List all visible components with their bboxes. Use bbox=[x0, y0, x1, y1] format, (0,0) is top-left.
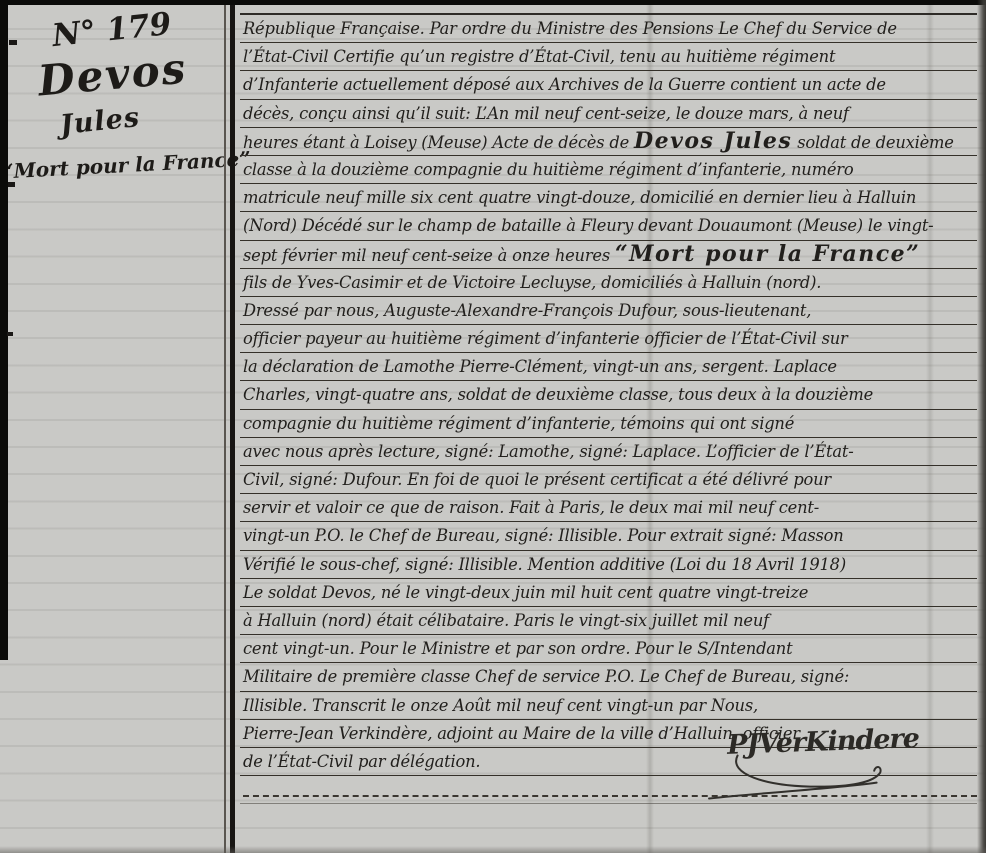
line-text: sept février mil neuf cent-seize à onze … bbox=[243, 246, 615, 265]
margin-rule-thin bbox=[224, 0, 226, 853]
deceased-name: Devos Jules bbox=[634, 128, 792, 154]
scan-edge-top bbox=[0, 0, 986, 5]
line-text: heures étant à Loisey (Meuse) Acte de dé… bbox=[243, 133, 634, 152]
scan-speck bbox=[9, 40, 17, 45]
scan-speck bbox=[8, 182, 15, 187]
margin-given-name: Jules bbox=[59, 102, 142, 141]
register-line: (Nord) Décédé sur le champ de bataille à… bbox=[240, 212, 977, 240]
register-line: officier payeur au huitième régiment d’i… bbox=[240, 325, 977, 353]
register-line: la déclaration de Lamothe Pierre-Clément… bbox=[240, 353, 977, 381]
margin-rule-thick bbox=[230, 0, 235, 853]
register-line: d’Infanterie actuellement déposé aux Arc… bbox=[240, 71, 977, 99]
signature-flourish bbox=[667, 740, 949, 810]
register-line: servir et valoir ce que de raison. Fait … bbox=[240, 494, 977, 522]
margin-column: N° 179 Devos Jules “Mort pour la France” bbox=[0, 0, 224, 853]
act-body: République Française. Par ordre du Minis… bbox=[240, 13, 977, 804]
scan-edge-right bbox=[977, 0, 986, 853]
register-line: heures étant à Loisey (Meuse) Acte de dé… bbox=[240, 128, 977, 156]
scan-speck bbox=[7, 332, 13, 336]
register-line: cent vingt-un. Pour le Ministre et par s… bbox=[240, 635, 977, 663]
register-line: Illisible. Transcrit le onze Août mil ne… bbox=[240, 692, 977, 720]
register-line: sept février mil neuf cent-seize à onze … bbox=[240, 241, 977, 269]
register-line: matricule neuf mille six cent quatre vin… bbox=[240, 184, 977, 212]
register-line: avec nous après lecture, signé: Lamothe,… bbox=[240, 438, 977, 466]
register-line: l’État-Civil Certifie qu’un registre d’É… bbox=[240, 43, 977, 71]
line-text: soldat de deuxième bbox=[792, 133, 953, 152]
signature: PJVerKindere bbox=[727, 722, 950, 810]
register-line: classe à la douzième compagnie du huitiè… bbox=[240, 156, 977, 184]
register-line: compagnie du huitième régiment d’infante… bbox=[240, 410, 977, 438]
register-line: Militaire de première classe Chef de ser… bbox=[240, 663, 977, 691]
register-line: Vérifié le sous-chef, signé: Illisible. … bbox=[240, 551, 977, 579]
register-line: à Halluin (nord) était célibataire. Pari… bbox=[240, 607, 977, 635]
register-line: République Française. Par ordre du Minis… bbox=[240, 15, 977, 43]
register-line: Charles, vingt-quatre ans, soldat de deu… bbox=[240, 381, 977, 409]
scan-edge-bottom bbox=[0, 846, 986, 853]
scan-edge-left bbox=[0, 0, 8, 660]
register-line: fils de Yves-Casimir et de Victoire Lecl… bbox=[240, 269, 977, 297]
mort-pour-la-france-mention: “Mort pour la France” bbox=[615, 241, 920, 267]
register-line: Le soldat Devos, né le vingt-deux juin m… bbox=[240, 579, 977, 607]
register-page: N° 179 Devos Jules “Mort pour la France”… bbox=[0, 0, 986, 853]
register-line: vingt-un P.O. le Chef de Bureau, signé: … bbox=[240, 522, 977, 550]
margin-mention-mort-pour-la-france: “Mort pour la France” bbox=[2, 147, 252, 184]
register-line: Civil, signé: Dufour. En foi de quoi le … bbox=[240, 466, 977, 494]
register-line: décès, conçu ainsi qu’il suit: L’An mil … bbox=[240, 100, 977, 128]
register-line: Dressé par nous, Auguste-Alexandre-Franç… bbox=[240, 297, 977, 325]
